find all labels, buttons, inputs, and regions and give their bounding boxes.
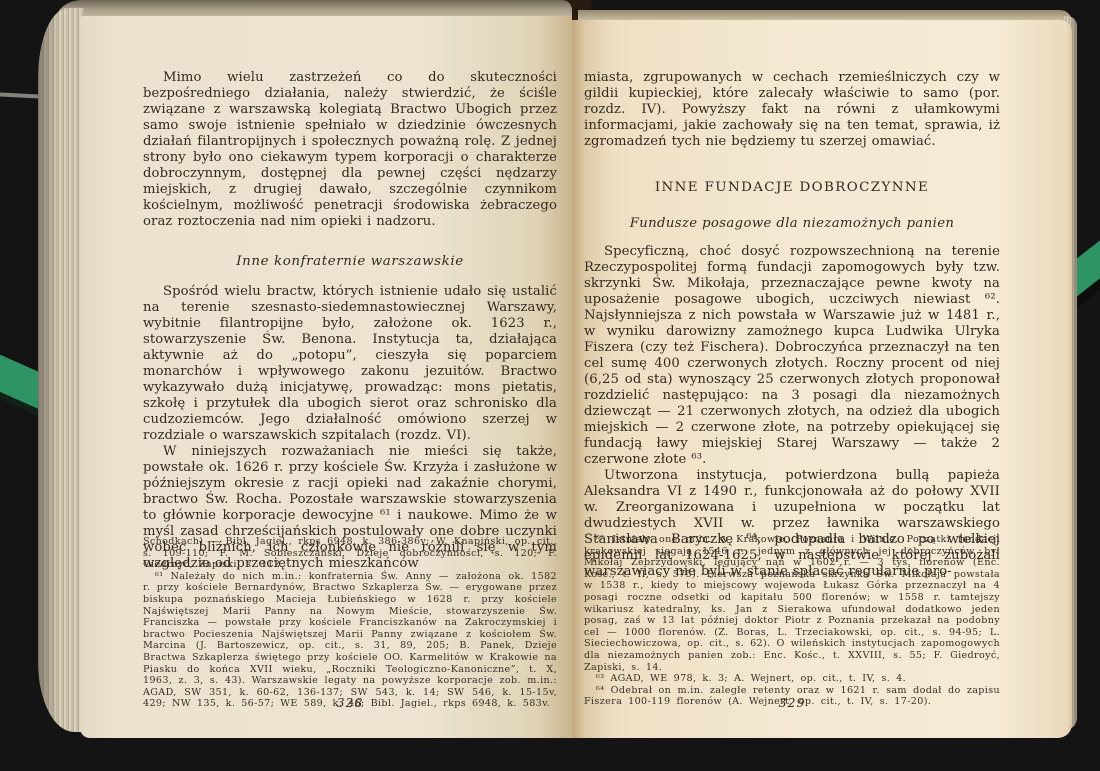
footnote-61: ⁶¹ Należały do nich m.in.: konfraternia … [143,571,557,710]
section-heading: INNE FUNDACJE DOBROCZYNNE [584,180,1000,196]
subsection-heading: Fundusze posagowe dla niezamożnych panie… [584,216,1000,232]
left-page-text-column: Mimo wielu zastrzeżeń co do skuteczności… [143,70,557,730]
footnotes-block: Schodkach) — Bibl. Jagiel., rkps 6948, k… [143,536,557,710]
paragraph: Spośród wielu bractw, których istnienie … [143,284,557,444]
footnote-63: ⁶³ AGAD, WE 978, k. 3; A. Wejnert, op. c… [584,673,1000,685]
page-number-right: 329 [584,695,1000,710]
footnote-62: ⁶² Istniały one m.in. w Krakowie, Poznan… [584,534,1000,673]
paragraph: miasta, zgrupowanych w cechach rzemieśln… [584,70,1000,150]
paragraph: Mimo wielu zastrzeżeń co do skuteczności… [143,70,557,230]
book-scan-scene: Mimo wielu zastrzeżeń co do skuteczności… [0,0,1100,771]
open-book: Mimo wielu zastrzeżeń co do skuteczności… [38,0,1082,771]
footnote-continuation: Schodkach) — Bibl. Jagiel., rkps 6948, k… [143,536,557,571]
left-fore-edge-stack [38,8,84,732]
paragraph: Specyficzną, choć dosyć rozpowszechnioną… [584,244,1000,468]
subsection-heading: Inne konfraternie warszawskie [143,254,557,270]
footnotes-block: ⁶² Istniały one m.in. w Krakowie, Poznan… [584,534,1000,708]
page-number-left: 328 [143,695,557,710]
right-page-text-column: miasta, zgrupowanych w cechach rzemieśln… [584,70,1000,730]
